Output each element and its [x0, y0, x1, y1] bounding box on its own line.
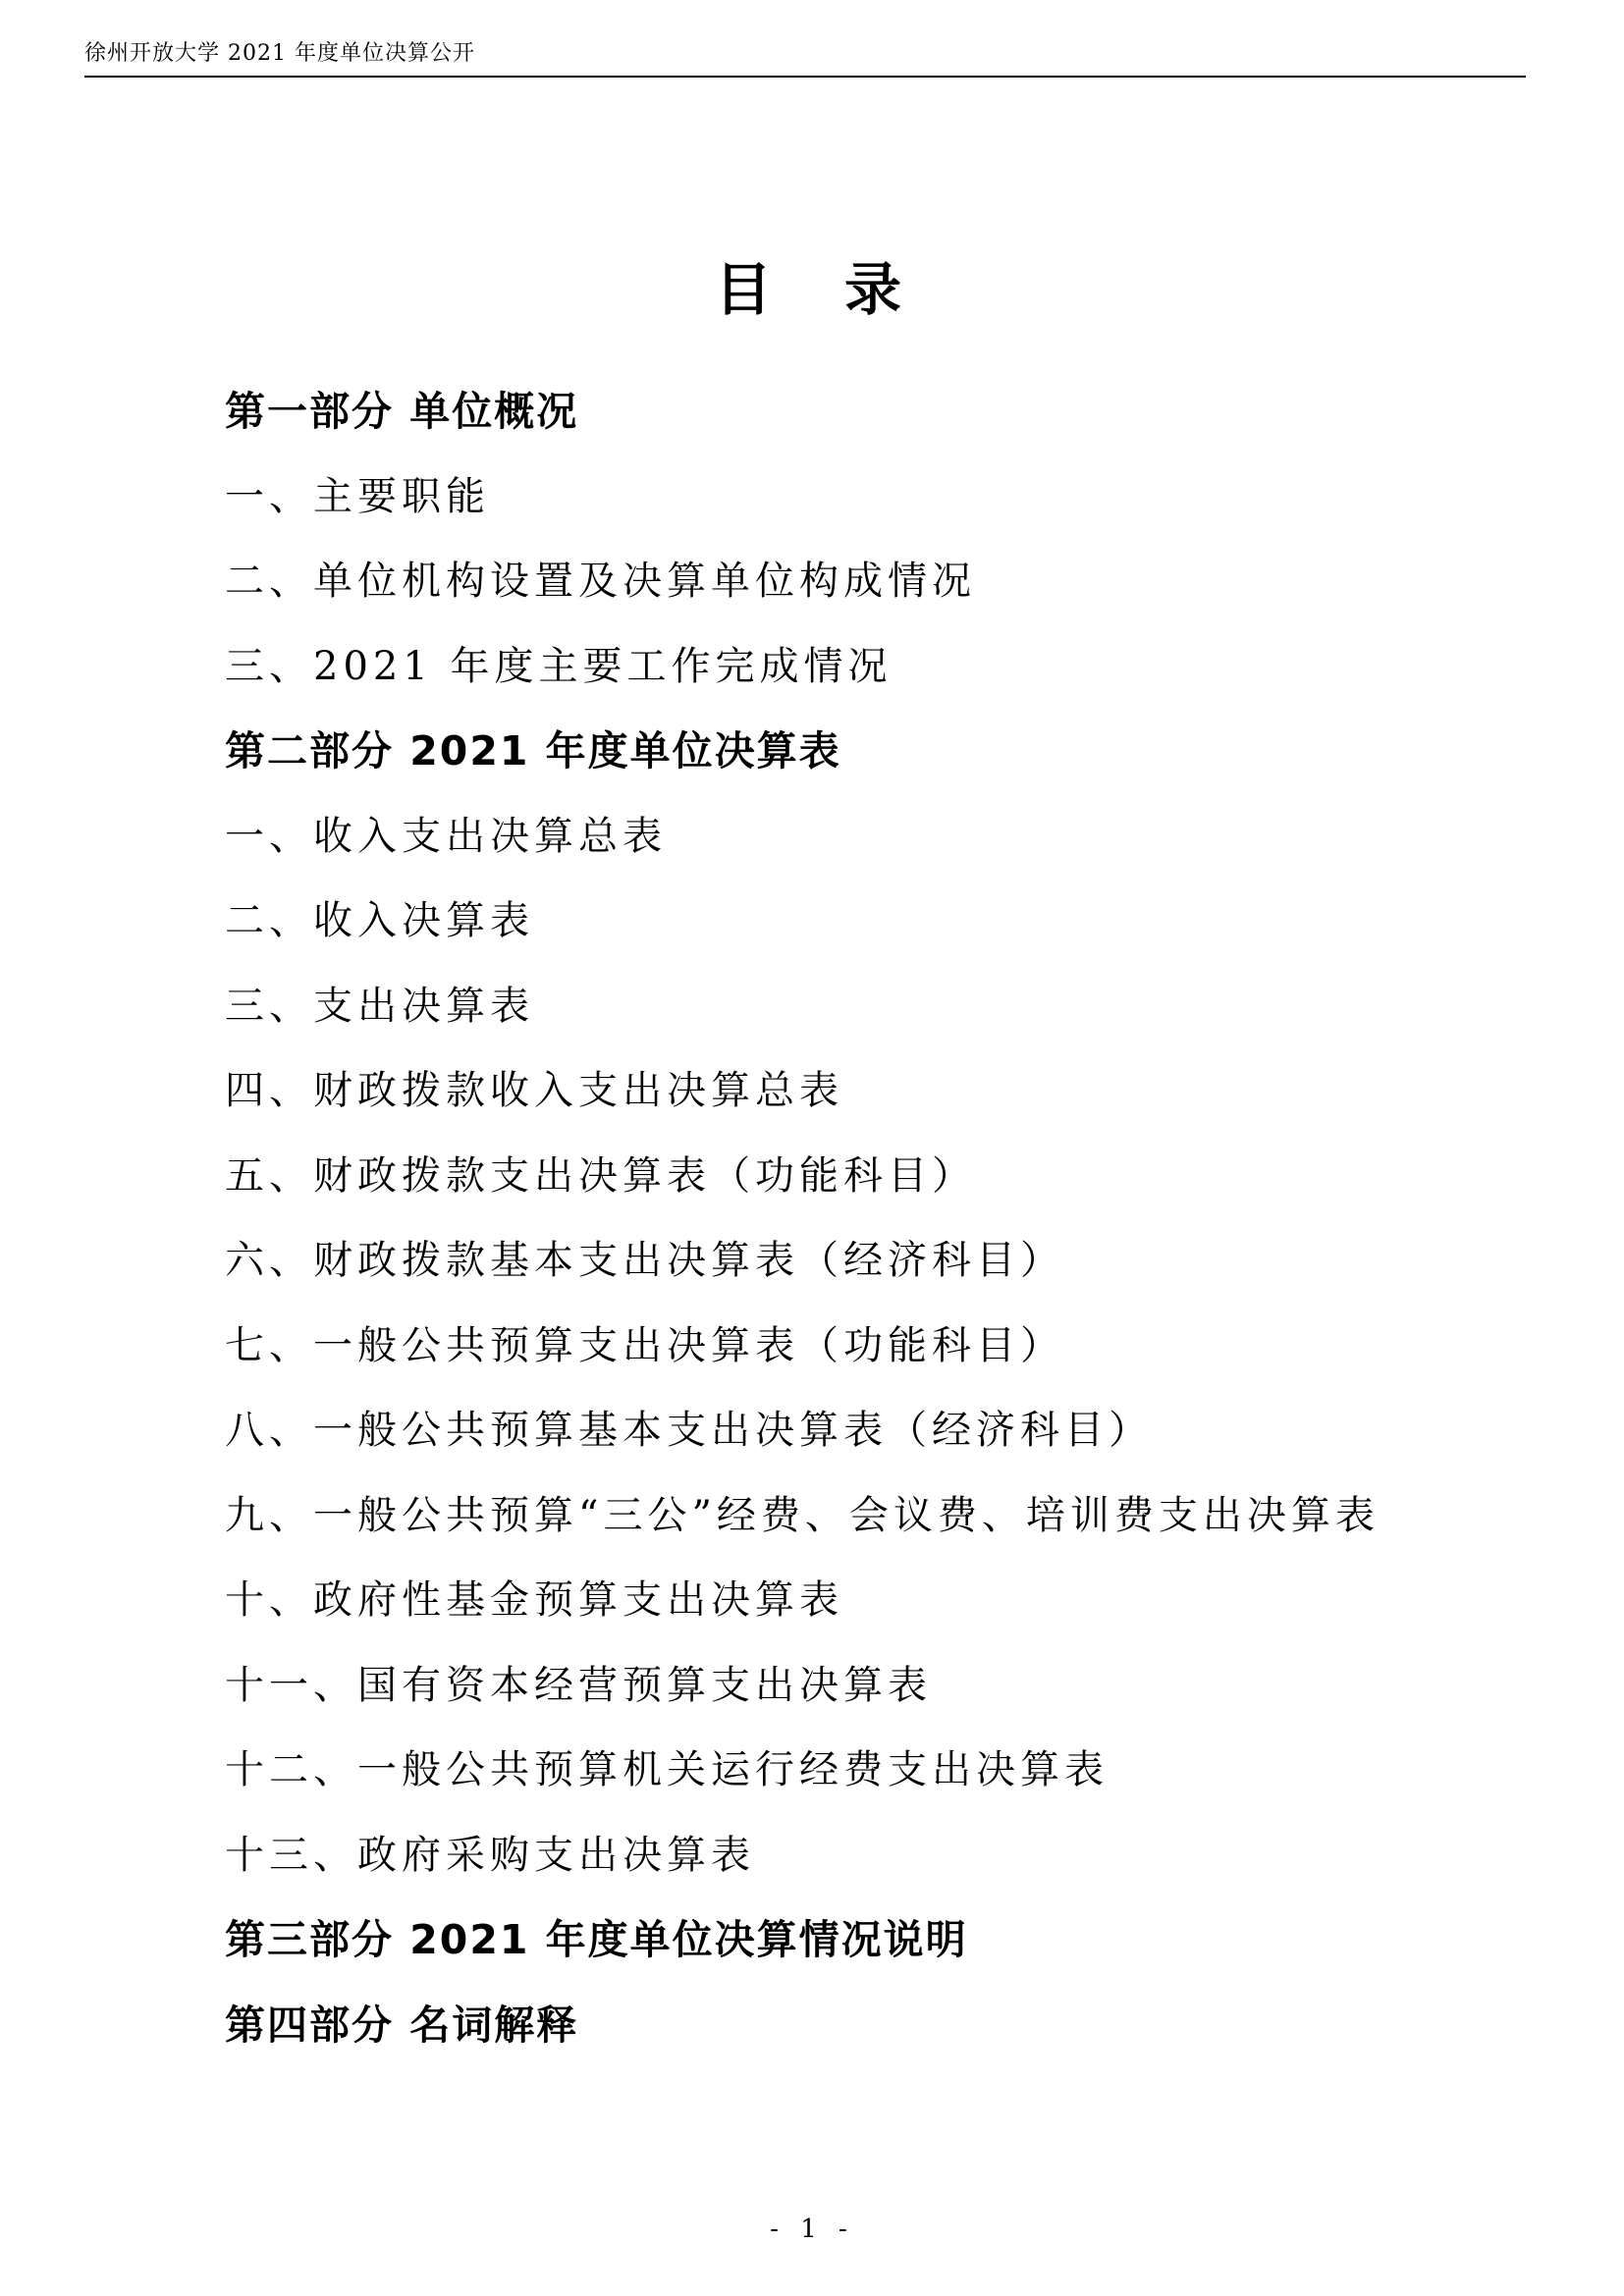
toc-item: 六、财政拨款基本支出决算表（经济科目） [225, 1218, 1541, 1304]
toc-item: 五、财政拨款支出决算表（功能科目） [225, 1134, 1541, 1219]
page-header: 徐州开放大学 2021 年度单位决算公开 [84, 41, 1526, 78]
document-page: 徐州开放大学 2021 年度单位决算公开 目 录 第一部分 单位概况一、主要职能… [0, 0, 1624, 2296]
toc-item: 一、收入支出决算总表 [225, 794, 1541, 880]
toc-part-heading: 第一部分 单位概况 [225, 369, 1541, 454]
toc-item: 三、2021 年度主要工作完成情况 [225, 624, 1541, 710]
toc-item: 十一、国有资本经营预算支出决算表 [225, 1643, 1541, 1729]
toc-item: 十二、一般公共预算机关运行经费支出决算表 [225, 1728, 1541, 1813]
toc-item: 三、支出决算表 [225, 964, 1541, 1049]
toc-item: 十、政府性基金预算支出决算表 [225, 1558, 1541, 1643]
toc-list: 第一部分 单位概况一、主要职能二、单位机构设置及决算单位构成情况三、2021 年… [225, 369, 1541, 2067]
toc-item: 四、财政拨款收入支出决算总表 [225, 1048, 1541, 1134]
toc-part-heading: 第四部分 名词解释 [225, 1983, 1541, 2068]
toc-item: 二、单位机构设置及决算单位构成情况 [225, 539, 1541, 624]
page-number: - 1 - [770, 2215, 854, 2244]
toc-item: 二、收入决算表 [225, 879, 1541, 964]
page-header-text: 徐州开放大学 2021 年度单位决算公开 [84, 41, 475, 66]
toc-part-heading: 第二部分 2021 年度单位决算表 [225, 709, 1541, 794]
toc-title: 目 录 [0, 257, 1624, 322]
toc-item: 九、一般公共预算“三公”经费、会议费、培训费支出决算表 [225, 1473, 1541, 1559]
toc-item: 七、一般公共预算支出决算表（功能科目） [225, 1304, 1541, 1389]
toc-part-heading: 第三部分 2021 年度单位决算情况说明 [225, 1897, 1541, 1983]
toc-item: 一、主要职能 [225, 454, 1541, 540]
page-footer: - 1 - [0, 2215, 1624, 2244]
toc-item: 十三、政府采购支出决算表 [225, 1813, 1541, 1898]
toc-item: 八、一般公共预算基本支出决算表（经济科目） [225, 1388, 1541, 1473]
